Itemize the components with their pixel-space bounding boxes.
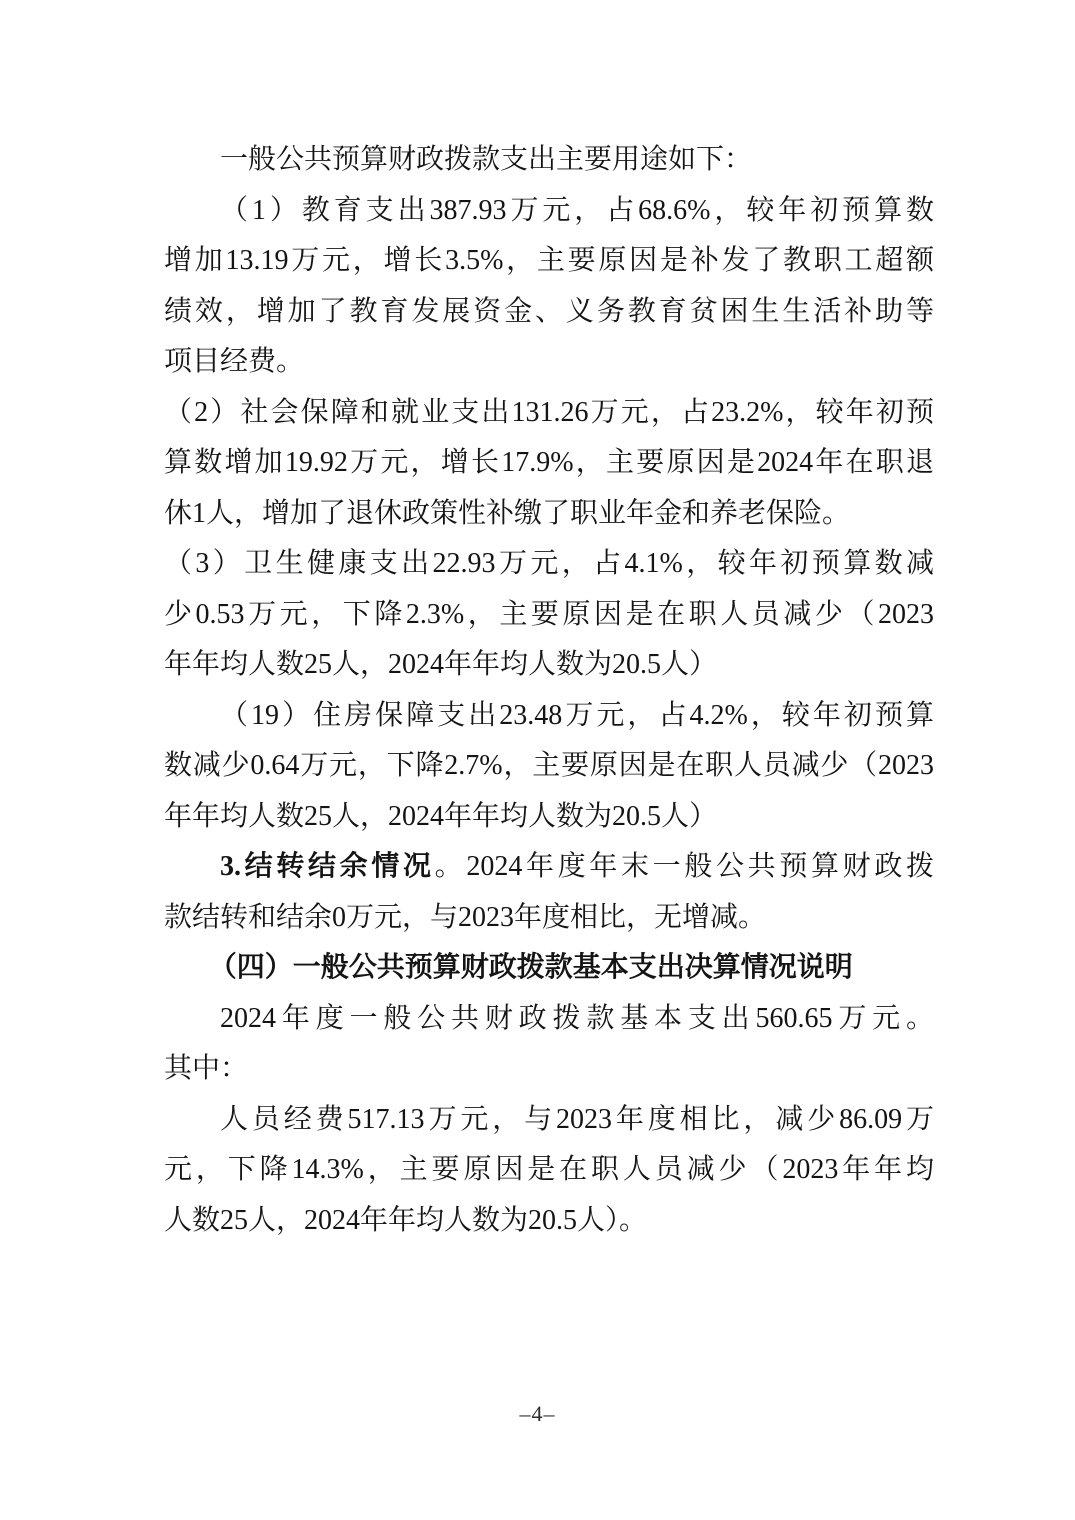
text-line: 人数25人，2024年年均人数为20.5人）。 <box>164 1196 934 1247</box>
text-line: 年年均人数25人，2024年年均人数为20.5人） <box>164 792 934 843</box>
text-line: 绩效，增加了教育发展资金、义务教育贫困生生活补助等 <box>164 287 934 338</box>
text-line: （3）卫生健康支出22.93万元，占4.1%，较年初预算数减 <box>164 539 934 590</box>
text-line: 3.结转结余情况。2024年度年末一般公共预算财政拨 <box>164 842 934 893</box>
page-number: –4– <box>0 1399 1075 1429</box>
text-line: 算数增加19.92万元，增长17.9%，主要原因是2024年在职退 <box>164 438 934 489</box>
text-line: 休1人，增加了退休政策性补缴了职业年金和养老保险。 <box>164 489 934 540</box>
paragraph-personnel-expense: 人员经费517.13万元，与2023年度相比，减少86.09万 元，下降14.3… <box>164 1095 934 1247</box>
paragraph-item-3-health: （3）卫生健康支出22.93万元，占4.1%，较年初预算数减 少0.53万元，下… <box>164 539 934 691</box>
text-line: （19）住房保障支出23.48万元，占4.2%，较年初预算 <box>164 691 934 742</box>
text-line: 增加13.19万元，增长3.5%，主要原因是补发了教职工超额 <box>164 236 934 287</box>
text-line: 其中： <box>164 1044 934 1095</box>
paragraph-basic-expenditure: 2024年度一般公共财政拨款基本支出560.65万元。 其中： <box>164 994 934 1095</box>
paragraph-carryover-balance: 3.结转结余情况。2024年度年末一般公共预算财政拨 款结转和结余0万元，与20… <box>164 842 934 943</box>
text-line: 少0.53万元，下降2.3%，主要原因是在职人员减少（2023 <box>164 590 934 641</box>
carryover-bold-lead: 3.结转结余情况 <box>220 851 435 882</box>
paragraph-item-1-education: （1）教育支出387.93万元，占68.6%，较年初预算数 增加13.19万元，… <box>164 186 934 388</box>
text-line: 款结转和结余0万元，与2023年度相比，无增减。 <box>164 893 934 944</box>
section-heading-text: （四）一般公共预算财政拨款基本支出决算情况说明 <box>164 943 934 994</box>
text-line: 2024年度一般公共财政拨款基本支出560.65万元。 <box>164 994 934 1045</box>
carryover-rest: 。2024年度年末一般公共预算财政拨 <box>435 851 934 882</box>
paragraph-item-2-social-security: （2）社会保障和就业支出131.26万元，占23.2%，较年初预 算数增加19.… <box>164 388 934 540</box>
text-line: （2）社会保障和就业支出131.26万元，占23.2%，较年初预 <box>164 388 934 439</box>
text-line: 数减少0.64万元，下降2.7%，主要原因是在职人员减少（2023 <box>164 741 934 792</box>
text-line: （1）教育支出387.93万元，占68.6%，较年初预算数 <box>164 186 934 237</box>
paragraph-intro: 一般公共预算财政拨款支出主要用途如下： <box>164 135 934 186</box>
text-line: 项目经费。 <box>164 337 934 388</box>
section-heading-4: （四）一般公共预算财政拨款基本支出决算情况说明 <box>164 943 934 994</box>
document-body: 一般公共预算财政拨款支出主要用途如下： （1）教育支出387.93万元，占68.… <box>164 0 934 1246</box>
document-page: 一般公共预算财政拨款支出主要用途如下： （1）教育支出387.93万元，占68.… <box>0 0 1075 1520</box>
text-line: 年年均人数25人，2024年年均人数为20.5人） <box>164 640 934 691</box>
text-line: 人员经费517.13万元，与2023年度相比，减少86.09万 <box>164 1095 934 1146</box>
text-line: 一般公共预算财政拨款支出主要用途如下： <box>164 135 934 186</box>
text-line: 元，下降14.3%，主要原因是在职人员减少（2023年年均 <box>164 1145 934 1196</box>
paragraph-item-19-housing: （19）住房保障支出23.48万元，占4.2%，较年初预算 数减少0.64万元，… <box>164 691 934 843</box>
